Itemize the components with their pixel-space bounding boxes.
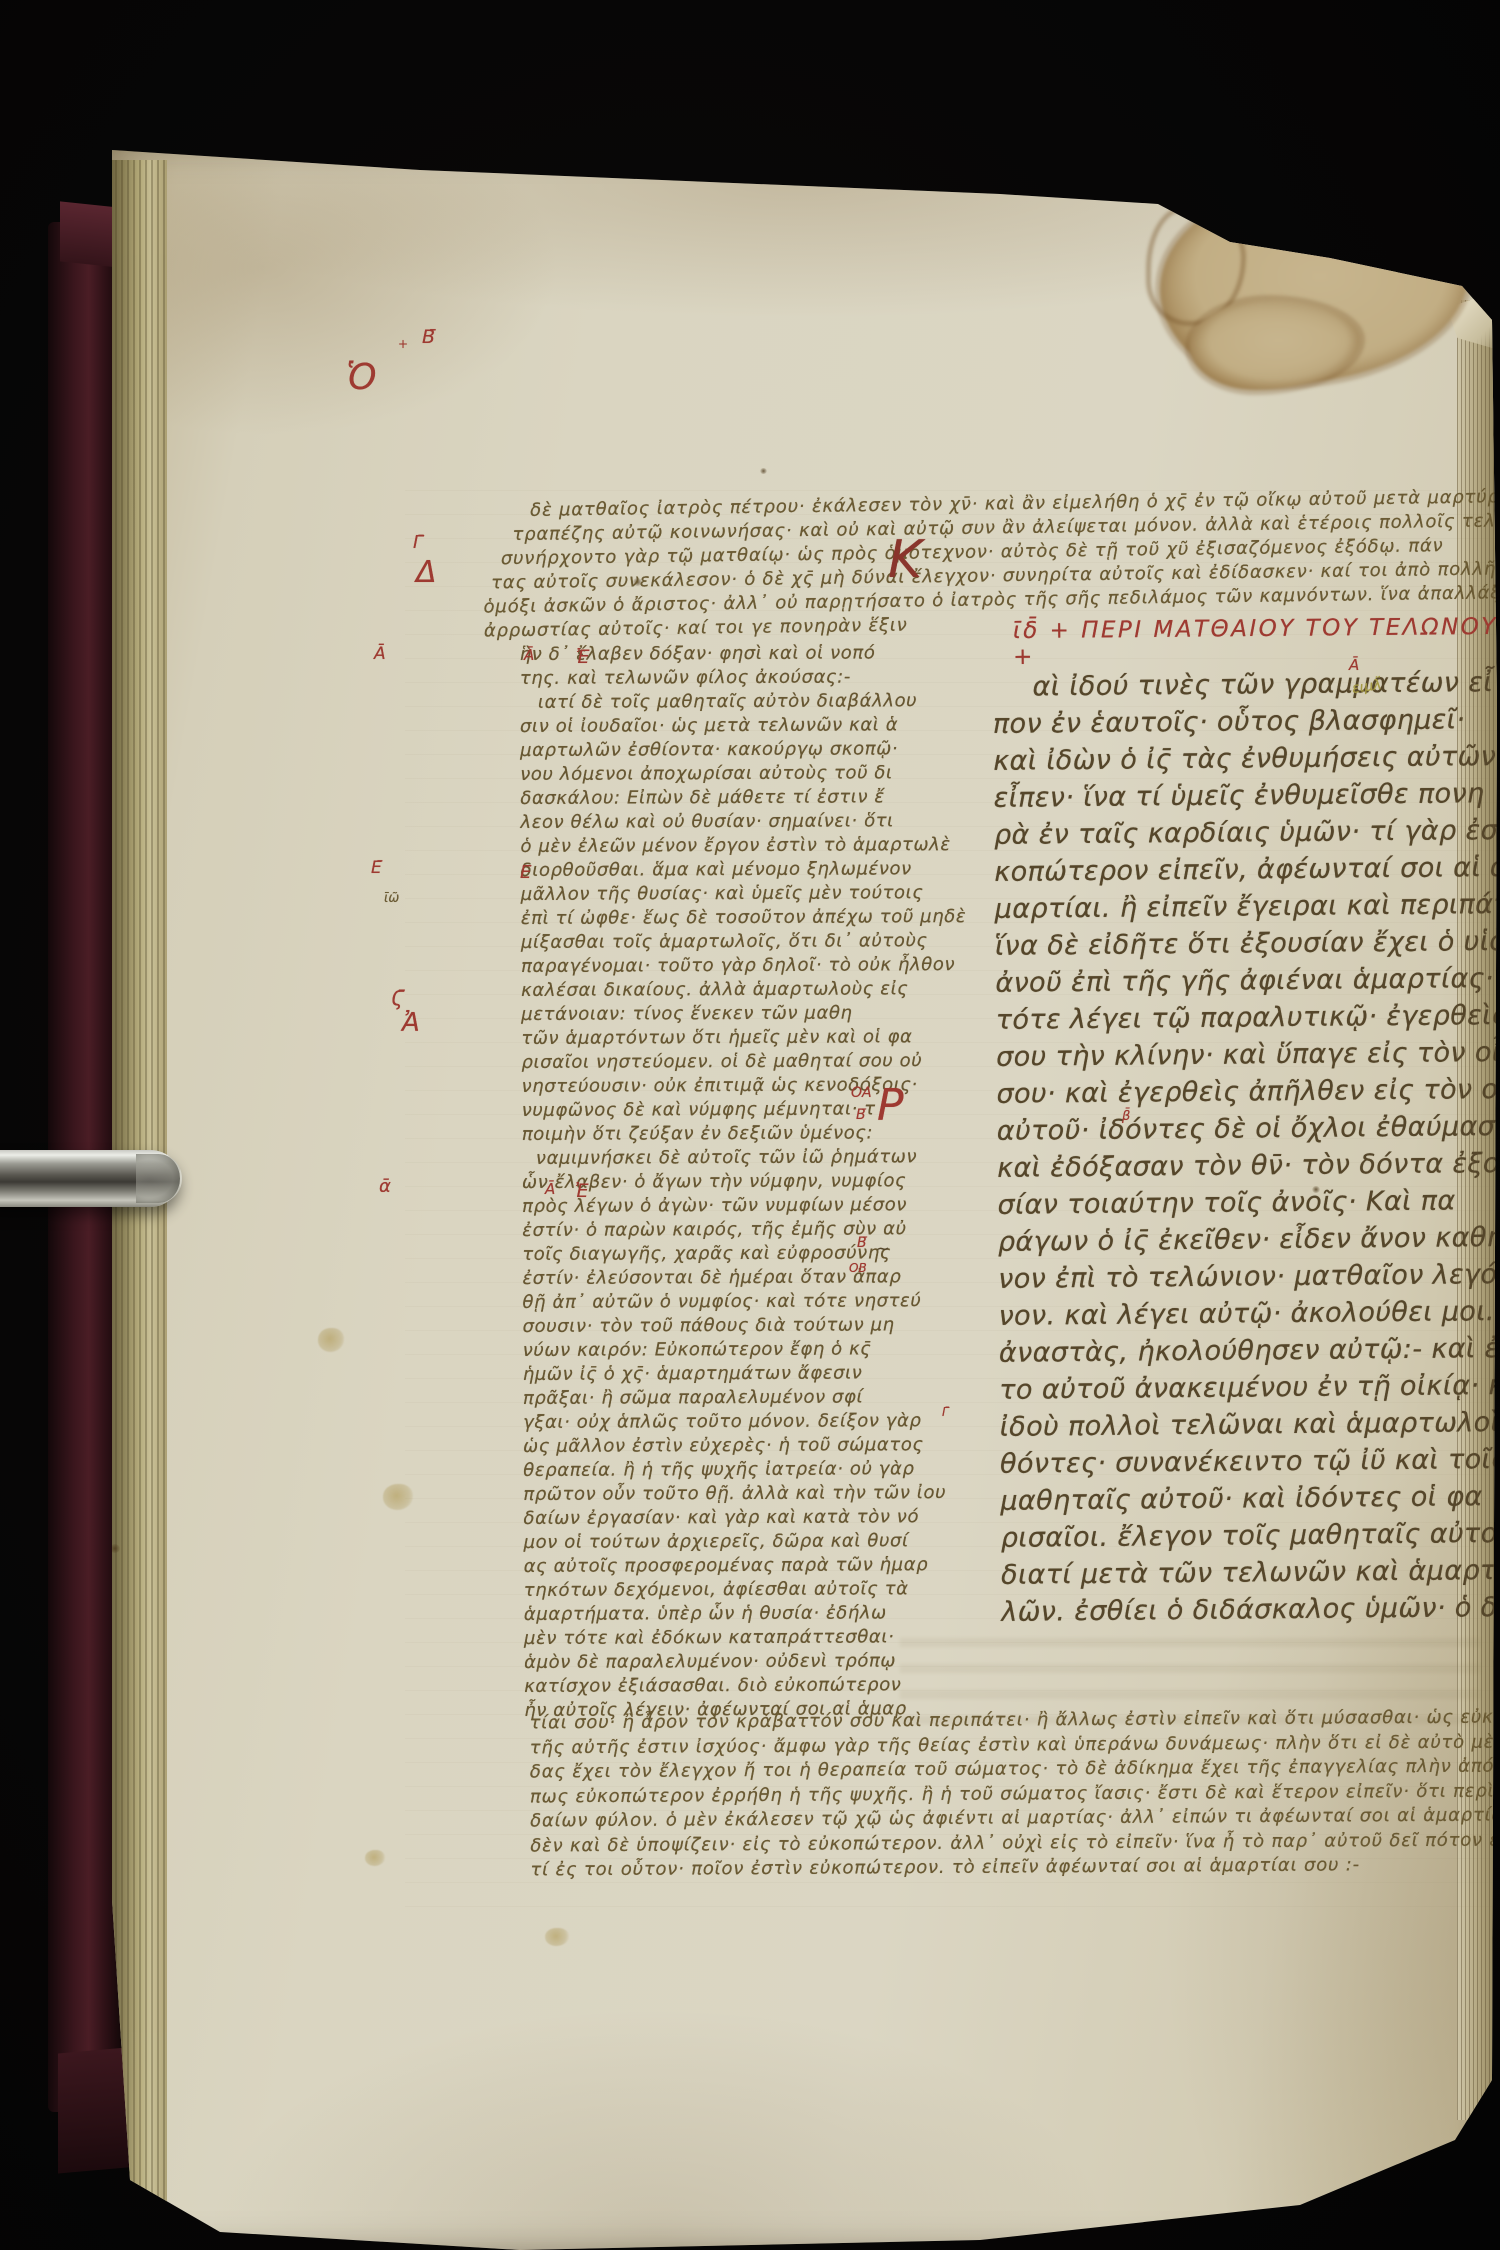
margin-mark: + (398, 338, 408, 350)
margin-mark: Ᾱ (374, 646, 386, 663)
margin-mark: Ὁ (346, 360, 377, 396)
margin-mark: Γ̄ (413, 534, 423, 552)
margin-mark: Κ (888, 534, 922, 586)
manuscript-page: δὲ ματθαῖος ἰατρὸς πέτρου· ἐκάλεσεν τὸν … (95, 140, 1500, 2250)
margin-mark: ᾱ (379, 1178, 391, 1196)
margin-mark: Ἀ (402, 1010, 420, 1036)
margin-mark: Ε (520, 864, 531, 882)
margin-mark: Γ̄ (942, 1406, 949, 1418)
margin-mark: Ἐ (576, 648, 590, 667)
margin-mark: ειμλ̈ (1351, 678, 1382, 696)
margin-mark: Ε̄ (371, 860, 382, 877)
margin-mark: ~ (876, 1241, 889, 1257)
margin-mark: Ἐ (575, 1182, 589, 1201)
margin-mark: ῑῶ (384, 892, 399, 905)
marginalia-layer: Β̄+ὉΓ̄ΔᾹᾹἘΕ̄ΕῑῶϚ̄ἈᾱᾹἘᾹειμλ̈ΚΟΑΒ̄Ρβ̄Β̄~ΟΒ… (95, 140, 1500, 2250)
manuscript-photo: δὲ ματθαῖος ἰατρὸς πέτρου· ἐκάλεσεν τὸν … (0, 0, 1500, 2250)
margin-mark: Δ (416, 558, 437, 588)
margin-mark: Β̄ (422, 328, 435, 347)
margin-mark: Β̄ (857, 1236, 867, 1250)
rod-rounded-tip (136, 1154, 182, 1203)
margin-mark: Ᾱ (545, 1182, 555, 1197)
margin-mark: ΟΑ (851, 1086, 872, 1100)
glass-page-weight-rod (0, 1150, 180, 1207)
margin-mark: Ρ (877, 1084, 904, 1128)
margin-mark: Ᾱ (524, 648, 534, 663)
margin-mark: Ᾱ (1349, 658, 1359, 673)
margin-mark: β̄ (1122, 1110, 1130, 1123)
margin-mark: ΟΒ (849, 1262, 867, 1274)
margin-mark: Ϛ̄ (391, 988, 404, 1008)
margin-mark: Β̄ (856, 1108, 866, 1122)
